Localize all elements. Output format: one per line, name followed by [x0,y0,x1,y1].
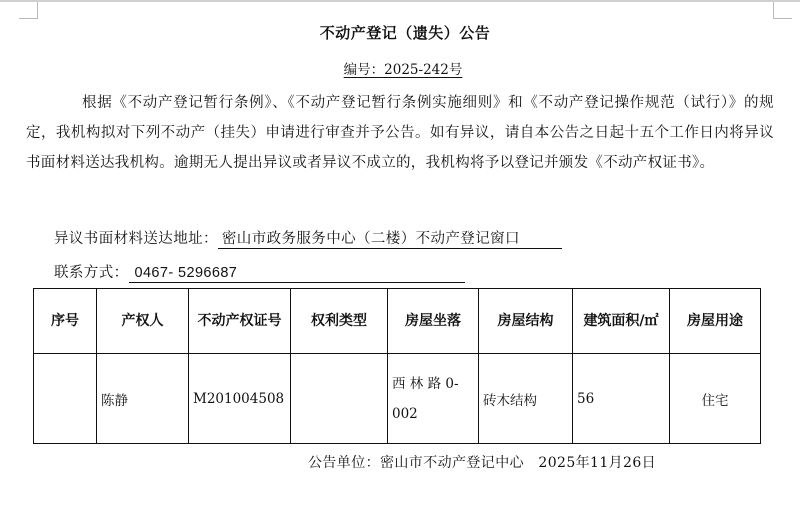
table-row: 陈静 M201004508 西 林 路 0-002 砖木结构 56 住宅 [34,354,761,444]
header-location: 房屋坐落 [388,289,479,354]
contact-info: 联系方式：0467- 5296687 [54,261,465,283]
header-cert-no: 不动产权证号 [189,289,291,354]
header-index: 序号 [34,289,97,354]
cell-area: 56 [573,354,670,444]
issuer-and-date: 公告单位：密山市不动产登记中心 2025年11月26日 [308,452,656,472]
cell-cert-no: M201004508 [189,354,291,444]
cell-index [34,354,97,444]
cell-right-type [291,354,388,444]
address-label: 异议书面材料送达地址： [54,231,218,247]
header-structure: 房屋结构 [479,289,573,354]
cell-usage: 住宅 [670,354,761,444]
cell-location: 西 林 路 0-002 [388,354,479,444]
notice-body: 根据《不动产登记暂行条例》、《不动产登记暂行条例实施细则》和《不动产登记操作规范… [26,88,774,178]
notice-title: 不动产登记（遗失）公告 [0,22,800,43]
serial-number: 编号：2025-242号 [0,58,800,78]
header-area: 建筑面积/㎡ [573,289,670,354]
cell-owner: 陈静 [97,354,189,444]
objection-address: 异议书面材料送达地址：密山市政务服务中心（二楼）不动产登记窗口 [54,227,562,249]
margin-corner-top-left [19,2,38,19]
header-owner: 产权人 [97,289,189,354]
contact-label: 联系方式： [54,265,129,281]
contact-value: 0467- 5296687 [129,265,465,283]
page-top-edge [0,0,800,2]
address-value: 密山市政务服务中心（二楼）不动产登记窗口 [218,231,562,249]
table-header-row: 序号 产权人 不动产权证号 权利类型 房屋坐落 房屋结构 建筑面积/㎡ 房屋用途 [34,289,761,354]
margin-corner-top-right [773,2,792,19]
header-usage: 房屋用途 [670,289,761,354]
cell-structure: 砖木结构 [479,354,573,444]
header-right-type: 权利类型 [291,289,388,354]
property-table: 序号 产权人 不动产权证号 权利类型 房屋坐落 房屋结构 建筑面积/㎡ 房屋用途… [33,288,761,444]
